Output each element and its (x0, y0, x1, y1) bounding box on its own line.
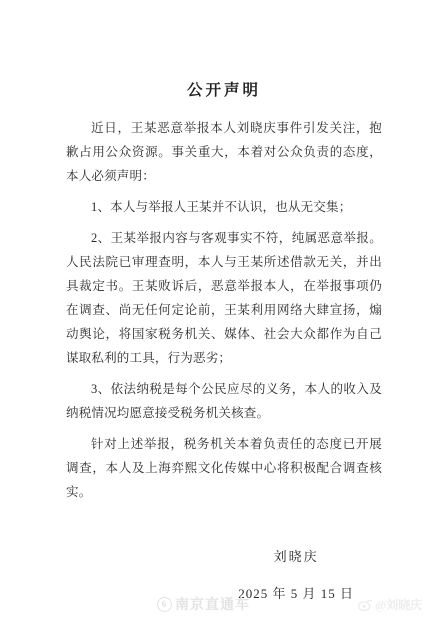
statement-page: 公开声明 近日，王某恶意举报本人刘晓庆事件引发关注，抱歉占用公众资源。事关重大，… (0, 0, 440, 622)
media-watermark-label: 南京直通车 (175, 594, 250, 614)
statement-paragraph-intro: 近日，王某恶意举报本人刘晓庆事件引发关注，抱歉占用公众资源。事关重大，本着对公众… (66, 116, 382, 188)
watermark-bar: 6 南京直通车 @刘晓庆 (0, 594, 440, 616)
statement-body: 近日，王某恶意举报本人刘晓庆事件引发关注，抱歉占用公众资源。事关重大，本着对公众… (66, 116, 382, 504)
weibo-watermark: @刘晓庆 (358, 596, 422, 613)
page-title: 公开声明 (66, 78, 382, 100)
media-logo-icon: 6 (157, 597, 172, 612)
statement-paragraph-item2: 2、王某举报内容与客观事实不符，纯属恶意举报。人民法院已审理查明，本人与王某所述… (66, 226, 382, 370)
weibo-icon (358, 599, 372, 611)
weibo-watermark-label: @刘晓庆 (375, 596, 422, 613)
signature-name: 刘晓庆 (238, 546, 354, 565)
statement-paragraph-closing: 针对上述举报，税务机关本着负责任的态度已开展调查，本人及上海弈熙文化传媒中心将积… (66, 432, 382, 504)
statement-paragraph-item1: 1、本人与举报人王某并不认识，也从无交集； (66, 195, 382, 219)
media-watermark: 6 南京直通车 (157, 594, 250, 614)
statement-paragraph-item3: 3、依法纳税是每个公民应尽的义务，本人的收入及纳税情况均愿意接受税务机关核查。 (66, 377, 382, 425)
